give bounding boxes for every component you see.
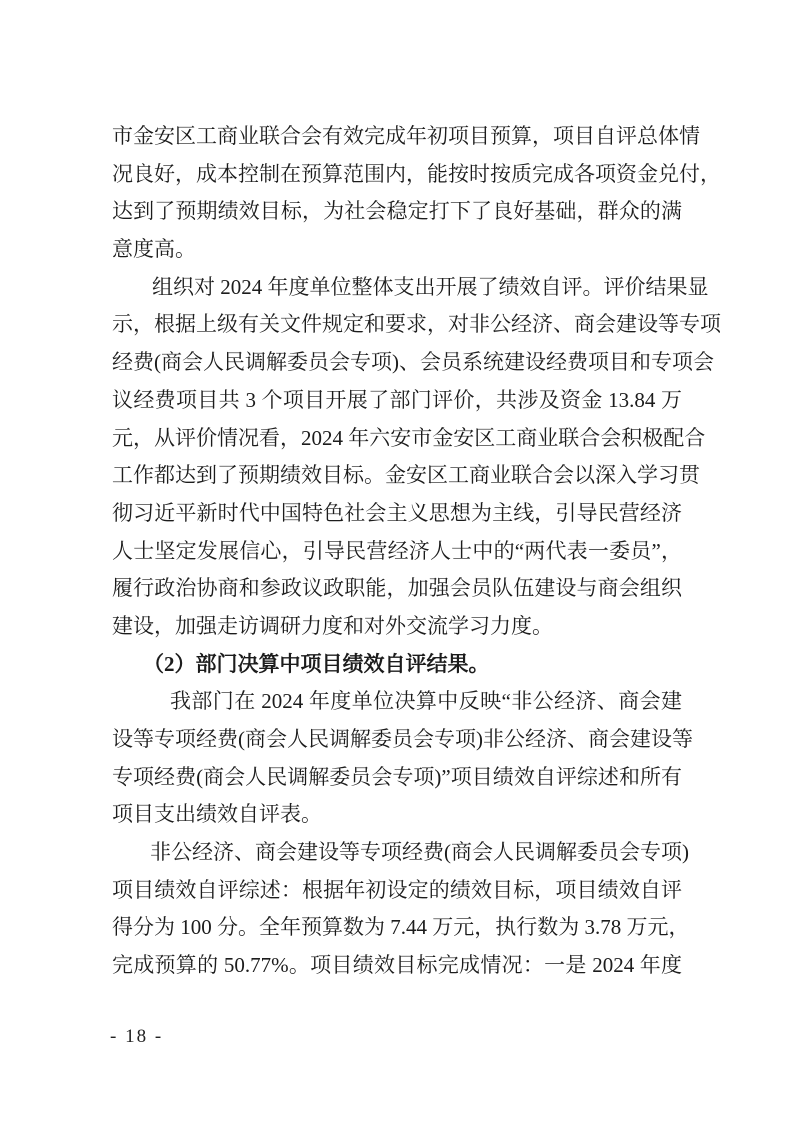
text-line: 非公经济、商会建设等专项经费(商会人民调解委员会专项) [112, 834, 682, 872]
text-line: 得分为 100 分。全年预算数为 7.44 万元，执行数为 3.78 万元， [112, 909, 682, 947]
text-line: 建设，加强走访调研力度和对外交流学习力度。 [112, 608, 682, 646]
text-line: 达到了预期绩效目标，为社会稳定打下了良好基础，群众的满 [112, 193, 682, 231]
page-number: - 18 - [110, 1026, 163, 1048]
text-line: 完成预算的 50.77%。项目绩效目标完成情况：一是 2024 年度 [112, 947, 682, 985]
text-line: 设等专项经费(商会人民调解委员会专项)非公经济、商会建设等 [112, 721, 682, 759]
text-line: 况良好，成本控制在预算范围内，能按时按质完成各项资金兑付， [112, 156, 682, 194]
text-line: 彻习近平新时代中国特色社会主义思想为主线，引导民营经济 [112, 495, 682, 533]
text-line: 市金安区工商业联合会有效完成年初项目预算，项目自评总体情 [112, 118, 682, 156]
text-line: 专项经费(商会人民调解委员会专项)”项目绩效自评综述和所有 [112, 759, 682, 797]
text-line: （2）部门决算中项目绩效自评结果。 [112, 646, 682, 684]
text-line: 示，根据上级有关文件规定和要求，对非公经济、商会建设等专项 [112, 306, 682, 344]
text-line: 人士坚定发展信心，引导民营经济人士中的“两代表一委员”， [112, 533, 682, 571]
text-line: 经费(商会人民调解委员会专项)、会员系统建设经费项目和专项会 [112, 344, 682, 382]
text-line: 项目支出绩效自评表。 [112, 796, 682, 834]
document-page: 市金安区工商业联合会有效完成年初项目预算，项目自评总体情况良好，成本控制在预算范… [0, 0, 793, 1122]
text-line: 意度高。 [112, 231, 682, 269]
text-line: 我部门在 2024 年度单位决算中反映“非公经济、商会建 [112, 683, 682, 721]
text-line: 议经费项目共 3 个项目开展了部门评价，共涉及资金 13.84 万 [112, 382, 682, 420]
text-column: 市金安区工商业联合会有效完成年初项目预算，项目自评总体情况良好，成本控制在预算范… [112, 118, 682, 985]
text-line: 履行政治协商和参政议政职能，加强会员队伍建设与商会组织 [112, 570, 682, 608]
text-line: 组织对 2024 年度单位整体支出开展了绩效自评。评价结果显 [112, 269, 682, 307]
text-line: 项目绩效自评综述：根据年初设定的绩效目标，项目绩效自评 [112, 872, 682, 910]
text-line: 工作都达到了预期绩效目标。金安区工商业联合会以深入学习贯 [112, 457, 682, 495]
text-line: 元，从评价情况看，2024 年六安市金安区工商业联合会积极配合 [112, 420, 682, 458]
